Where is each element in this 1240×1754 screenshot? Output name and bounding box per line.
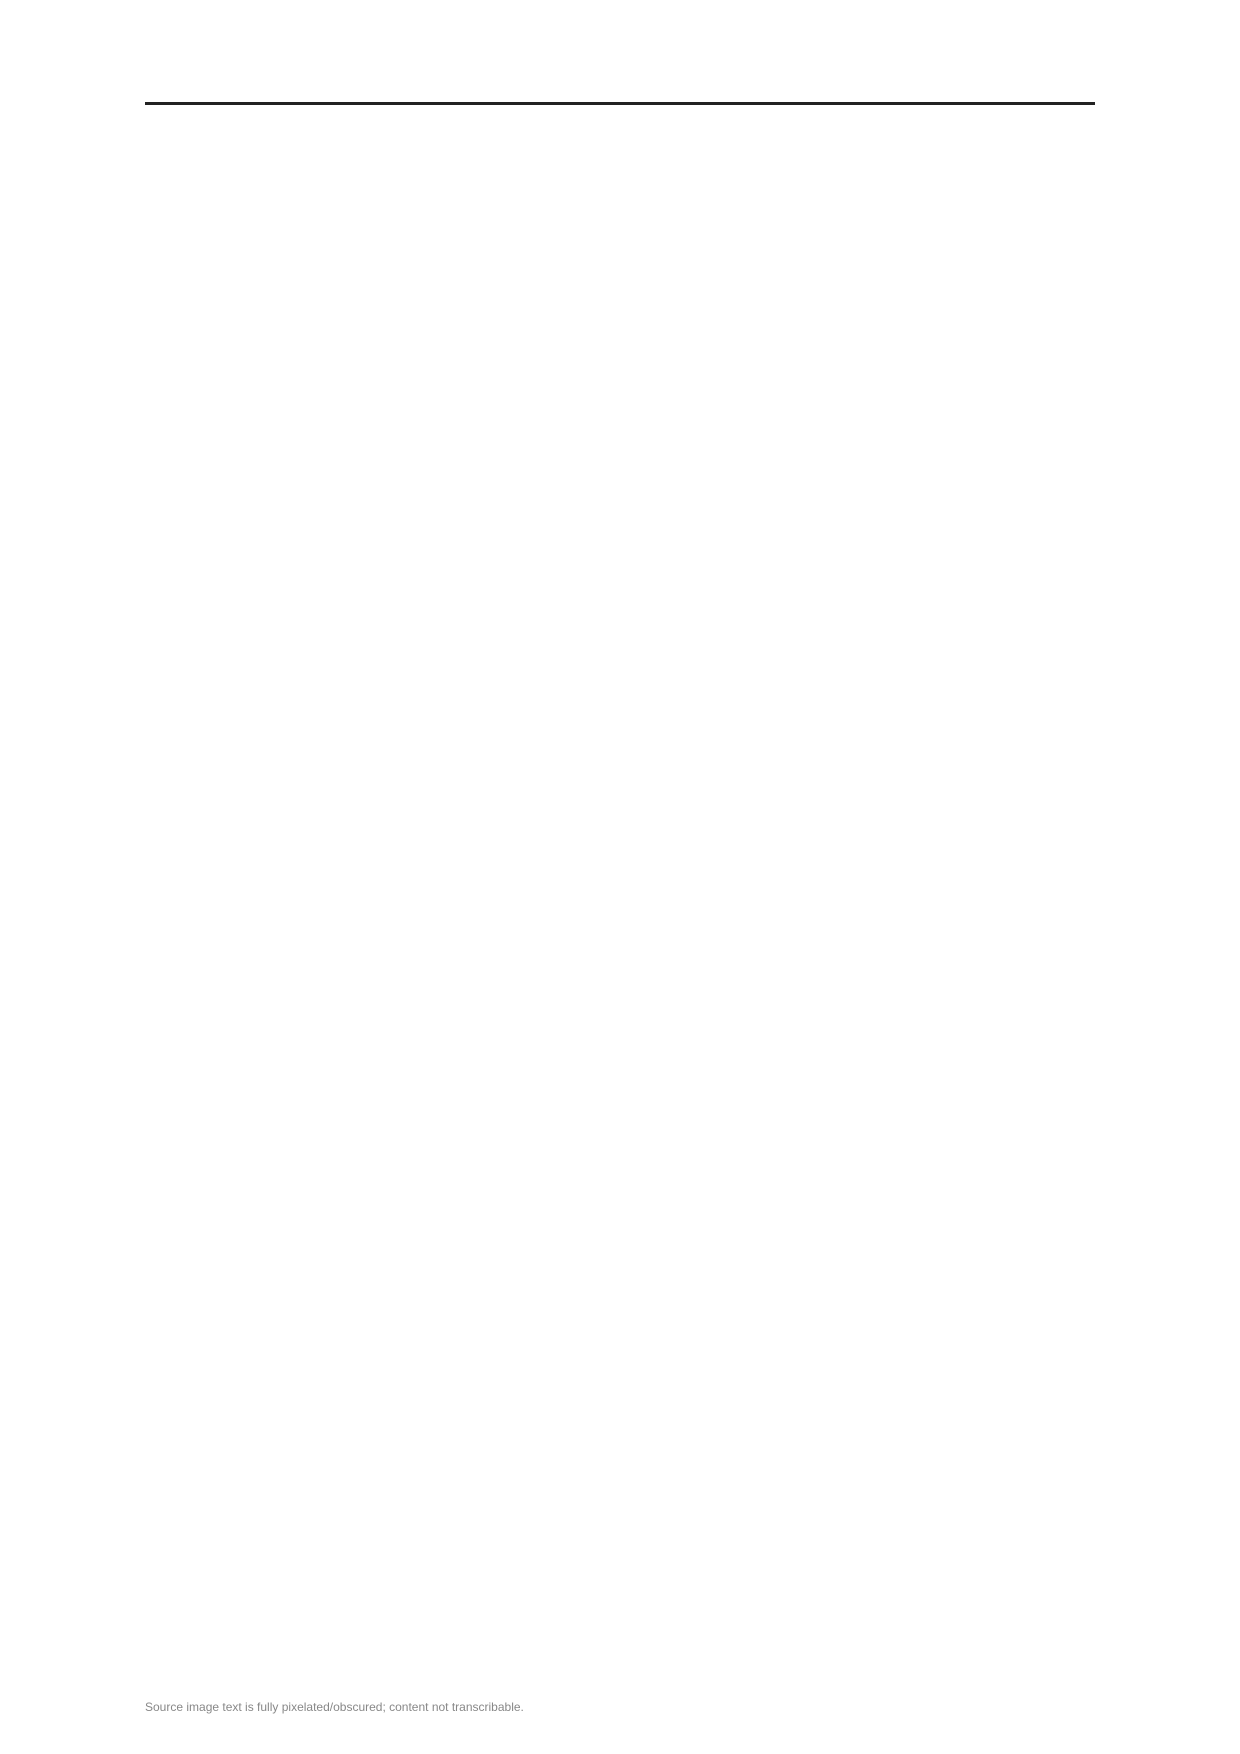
legibility-note: Source image text is fully pixelated/obs… [145, 1700, 524, 1714]
running-header [145, 86, 1095, 105]
